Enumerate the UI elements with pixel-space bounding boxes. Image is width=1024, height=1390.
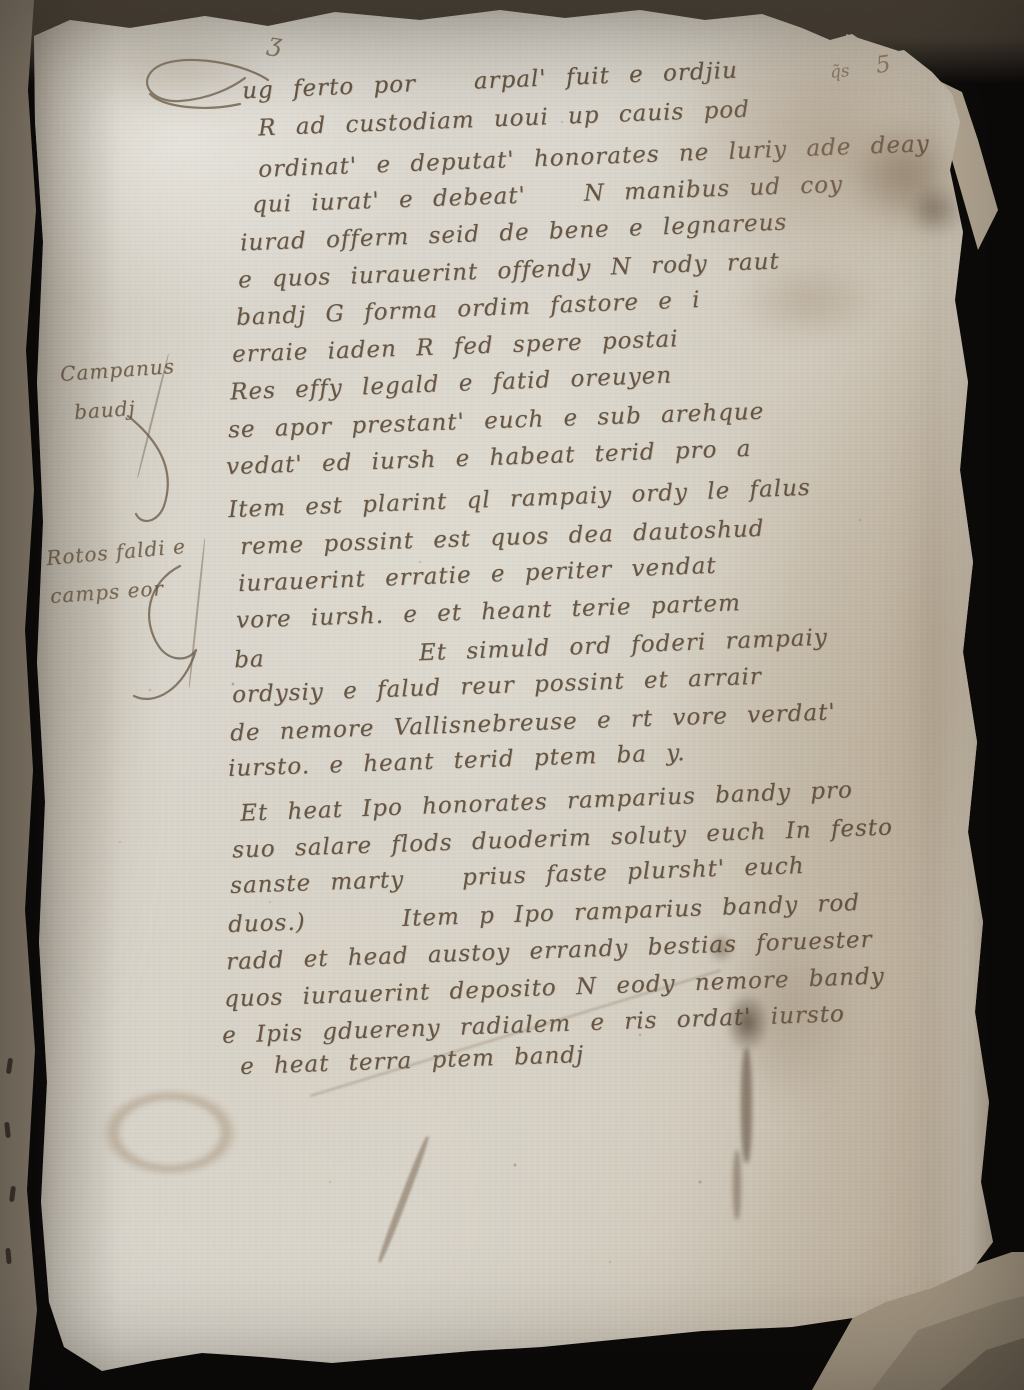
manuscript-photo: ʒ q̃s 5 Campanus baudj Rotos faldi e cam… <box>0 0 1024 1390</box>
photo-vignette <box>0 0 1024 1390</box>
